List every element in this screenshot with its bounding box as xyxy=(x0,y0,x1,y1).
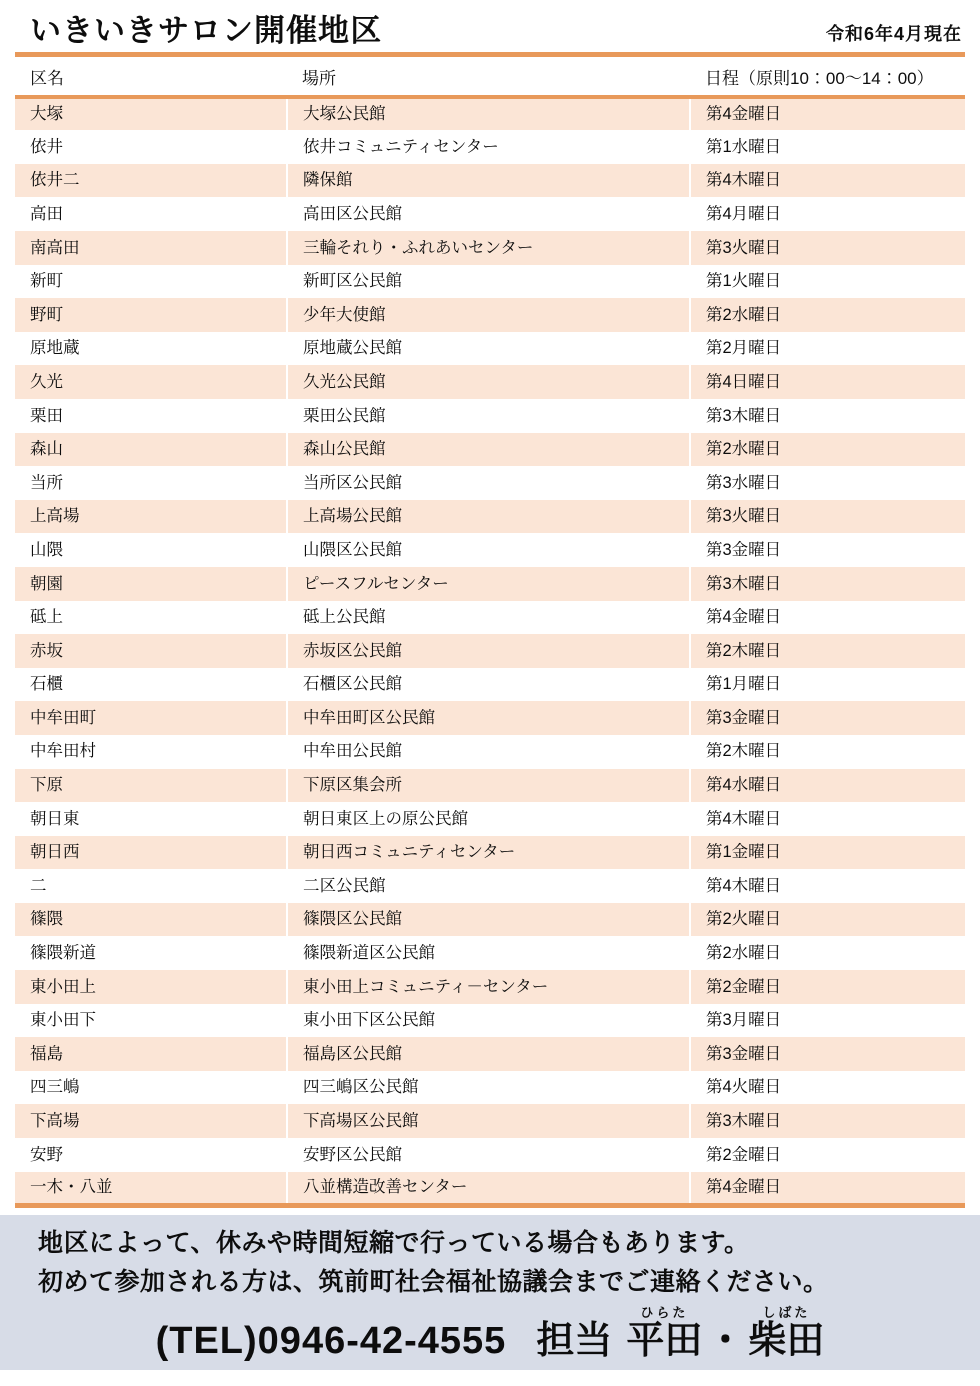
table-row: 上高場 上高場公民館 第3火曜日 xyxy=(15,500,965,534)
schedule-cell: 第1水曜日 xyxy=(690,130,965,164)
district-cell: 安野 xyxy=(15,1138,287,1172)
table-row: 四三嶋 四三嶋区公民館 第4火曜日 xyxy=(15,1071,965,1105)
header-row: 区名 場所 日程（原則10：00～14：00） xyxy=(15,57,965,97)
district-cell: 東小田下 xyxy=(15,1004,287,1038)
place-cell: 朝日西コミュニティセンター xyxy=(287,836,690,870)
district-cell: 朝日西 xyxy=(15,836,287,870)
place-cell: 朝日東区上の原公民館 xyxy=(287,802,690,836)
place-cell: 砥上公民館 xyxy=(287,601,690,635)
tel-number: (TEL)0946-42-4555 xyxy=(156,1322,507,1360)
notice-line-2: 初めて参加される方は、筑前町社会福祉協議会までご連絡ください。 xyxy=(0,1266,980,1300)
table-row: 二 二区公民館 第4木曜日 xyxy=(15,869,965,903)
schedule-cell: 第3金曜日 xyxy=(690,533,965,567)
schedule-cell: 第4木曜日 xyxy=(690,164,965,198)
district-cell: 高田 xyxy=(15,197,287,231)
place-cell: 福島区公民館 xyxy=(287,1037,690,1071)
district-cell: 篠隈 xyxy=(15,903,287,937)
district-cell: 上高場 xyxy=(15,500,287,534)
table-row: 大塚 大塚公民館 第4金曜日 xyxy=(15,97,965,131)
table-row: 南高田 三輪それり・ふれあいセンター 第3火曜日 xyxy=(15,231,965,265)
table-row: 安野 安野区公民館 第2金曜日 xyxy=(15,1138,965,1172)
district-cell: 新町 xyxy=(15,265,287,299)
table-row: 森山 森山公民館 第2水曜日 xyxy=(15,433,965,467)
contact-line: (TEL)0946-42-4555 担当 ひらた 平田 ・ しばた 柴田 xyxy=(0,1306,980,1360)
schedule-cell: 第1火曜日 xyxy=(690,265,965,299)
col-header-place: 場所 xyxy=(287,57,690,97)
table-row: 石櫃 石櫃区公民館 第1月曜日 xyxy=(15,668,965,702)
schedule-cell: 第4金曜日 xyxy=(690,97,965,131)
district-cell: 南高田 xyxy=(15,231,287,265)
place-cell: 赤坂区公民館 xyxy=(287,634,690,668)
place-cell: 中牟田公民館 xyxy=(287,735,690,769)
table-row: 依井 依井コミュニティセンター 第1水曜日 xyxy=(15,130,965,164)
table-row: 下原 下原区集会所 第4水曜日 xyxy=(15,769,965,803)
place-cell: 篠隈区公民館 xyxy=(287,903,690,937)
furigana-shibata: しばた xyxy=(762,1306,810,1319)
table-row: 中牟田町 中牟田町区公民館 第3金曜日 xyxy=(15,701,965,735)
district-cell: 森山 xyxy=(15,433,287,467)
place-cell: 四三嶋区公民館 xyxy=(287,1071,690,1105)
table-row: 中牟田村 中牟田公民館 第2木曜日 xyxy=(15,735,965,769)
place-cell: 石櫃区公民館 xyxy=(287,668,690,702)
schedule-cell: 第3水曜日 xyxy=(690,466,965,500)
schedule-cell: 第3木曜日 xyxy=(690,567,965,601)
place-cell: 少年大使館 xyxy=(287,298,690,332)
place-cell: 久光公民館 xyxy=(287,365,690,399)
col-header-schedule: 日程（原則10：00～14：00） xyxy=(690,57,965,97)
schedule-cell: 第1金曜日 xyxy=(690,836,965,870)
schedule-cell: 第4日曜日 xyxy=(690,365,965,399)
titlebar: いきいきサロン開催地区 令和6年4月現在 xyxy=(0,0,980,49)
place-cell: 八並構造改善センター xyxy=(287,1172,690,1206)
place-cell: 栗田公民館 xyxy=(287,399,690,433)
schedule-cell: 第3金曜日 xyxy=(690,701,965,735)
district-cell: 山隈 xyxy=(15,533,287,567)
schedule-cell: 第2水曜日 xyxy=(690,936,965,970)
schedule-cell: 第2火曜日 xyxy=(690,903,965,937)
salon-table-header: 区名 場所 日程（原則10：00～14：00） xyxy=(15,57,965,97)
schedule-cell: 第3火曜日 xyxy=(690,500,965,534)
page-title: いきいきサロン開催地区 xyxy=(30,13,382,49)
salon-table-body: 大塚 大塚公民館 第4金曜日 依井 依井コミュニティセンター 第1水曜日 依井二… xyxy=(15,97,965,1206)
place-cell: ピースフルセンター xyxy=(287,567,690,601)
district-cell: 篠隈新道 xyxy=(15,936,287,970)
table-row: 原地蔵 原地蔵公民館 第2月曜日 xyxy=(15,332,965,366)
district-cell: 栗田 xyxy=(15,399,287,433)
table-row: 山隈 山隈区公民館 第3金曜日 xyxy=(15,533,965,567)
date-note: 令和6年4月現在 xyxy=(826,20,962,49)
schedule-cell: 第4水曜日 xyxy=(690,769,965,803)
schedule-cell: 第2金曜日 xyxy=(690,1138,965,1172)
district-cell: 大塚 xyxy=(15,97,287,131)
schedule-cell: 第4火曜日 xyxy=(690,1071,965,1105)
table-row: 野町 少年大使館 第2水曜日 xyxy=(15,298,965,332)
district-cell: 下原 xyxy=(15,769,287,803)
table-row: 朝日東 朝日東区上の原公民館 第4木曜日 xyxy=(15,802,965,836)
table-row: 栗田 栗田公民館 第3木曜日 xyxy=(15,399,965,433)
table-row: 当所 当所区公民館 第3水曜日 xyxy=(15,466,965,500)
district-cell: 原地蔵 xyxy=(15,332,287,366)
table-row: 下高場 下高場区公民館 第3木曜日 xyxy=(15,1104,965,1138)
district-cell: 下高場 xyxy=(15,1104,287,1138)
table-row: 朝日西 朝日西コミュニティセンター 第1金曜日 xyxy=(15,836,965,870)
schedule-cell: 第3木曜日 xyxy=(690,399,965,433)
district-cell: 朝園 xyxy=(15,567,287,601)
schedule-cell: 第2木曜日 xyxy=(690,634,965,668)
district-cell: 福島 xyxy=(15,1037,287,1071)
schedule-cell: 第1月曜日 xyxy=(690,668,965,702)
place-cell: 依井コミュニティセンター xyxy=(287,130,690,164)
district-cell: 朝日東 xyxy=(15,802,287,836)
place-cell: 下高場区公民館 xyxy=(287,1104,690,1138)
schedule-cell: 第2水曜日 xyxy=(690,298,965,332)
schedule-cell: 第2水曜日 xyxy=(690,433,965,467)
schedule-cell: 第4木曜日 xyxy=(690,869,965,903)
place-cell: 東小田下区公民館 xyxy=(287,1004,690,1038)
table-row: 砥上 砥上公民館 第4金曜日 xyxy=(15,601,965,635)
district-cell: 野町 xyxy=(15,298,287,332)
district-cell: 一木・八並 xyxy=(15,1172,287,1206)
place-cell: 安野区公民館 xyxy=(287,1138,690,1172)
schedule-cell: 第3木曜日 xyxy=(690,1104,965,1138)
col-header-district: 区名 xyxy=(15,57,287,97)
place-cell: 下原区集会所 xyxy=(287,769,690,803)
place-cell: 中牟田町区公民館 xyxy=(287,701,690,735)
district-cell: 二 xyxy=(15,869,287,903)
place-cell: 東小田上コミュニティ－センター xyxy=(287,970,690,1004)
table-row: 東小田上 東小田上コミュニティ－センター 第2金曜日 xyxy=(15,970,965,1004)
table-row: 赤坂 赤坂区公民館 第2木曜日 xyxy=(15,634,965,668)
table-row: 依井二 隣保館 第4木曜日 xyxy=(15,164,965,198)
district-cell: 赤坂 xyxy=(15,634,287,668)
place-cell: 山隈区公民館 xyxy=(287,533,690,567)
notice-line-1: 地区によって、休みや時間短縮で行っている場合もあります。 xyxy=(0,1227,980,1261)
schedule-cell: 第2月曜日 xyxy=(690,332,965,366)
place-cell: 森山公民館 xyxy=(287,433,690,467)
district-cell: 東小田上 xyxy=(15,970,287,1004)
furigana-hirata: ひらた xyxy=(640,1306,688,1319)
schedule-cell: 第4金曜日 xyxy=(690,1172,965,1206)
district-cell: 依井 xyxy=(15,130,287,164)
table-row: 東小田下 東小田下区公民館 第3月曜日 xyxy=(15,1004,965,1038)
place-cell: 新町区公民館 xyxy=(287,265,690,299)
place-cell: 二区公民館 xyxy=(287,869,690,903)
salon-table: 区名 場所 日程（原則10：00～14：00） 大塚 大塚公民館 第4金曜日 依… xyxy=(15,57,965,1208)
district-cell: 依井二 xyxy=(15,164,287,198)
place-cell: 三輪それり・ふれあいセンター xyxy=(287,231,690,265)
schedule-cell: 第3金曜日 xyxy=(690,1037,965,1071)
footer-notice: 地区によって、休みや時間短縮で行っている場合もあります。 初めて参加される方は、… xyxy=(0,1215,980,1371)
place-cell: 上高場公民館 xyxy=(287,500,690,534)
table-row: 久光 久光公民館 第4日曜日 xyxy=(15,365,965,399)
table-row: 新町 新町区公民館 第1火曜日 xyxy=(15,265,965,299)
page: いきいきサロン開催地区 令和6年4月現在 区名 場所 日程（原則10：00～14… xyxy=(0,0,980,1386)
district-cell: 久光 xyxy=(15,365,287,399)
place-cell: 大塚公民館 xyxy=(287,97,690,131)
place-cell: 篠隈新道区公民館 xyxy=(287,936,690,970)
name-separator: ・ xyxy=(706,1322,744,1360)
schedule-cell: 第2木曜日 xyxy=(690,735,965,769)
contact-label: 担当 xyxy=(536,1322,612,1360)
district-cell: 石櫃 xyxy=(15,668,287,702)
schedule-cell: 第3火曜日 xyxy=(690,231,965,265)
table-row: 朝園 ピースフルセンター 第3木曜日 xyxy=(15,567,965,601)
table-row: 篠隈 篠隈区公民館 第2火曜日 xyxy=(15,903,965,937)
district-cell: 当所 xyxy=(15,466,287,500)
place-cell: 原地蔵公民館 xyxy=(287,332,690,366)
schedule-cell: 第4月曜日 xyxy=(690,197,965,231)
district-cell: 中牟田町 xyxy=(15,701,287,735)
place-cell: 高田区公民館 xyxy=(287,197,690,231)
contact-name-shibata: しばた 柴田 xyxy=(748,1306,824,1360)
table-row: 高田 高田区公民館 第4月曜日 xyxy=(15,197,965,231)
place-cell: 当所区公民館 xyxy=(287,466,690,500)
table-row: 福島 福島区公民館 第3金曜日 xyxy=(15,1037,965,1071)
contact-name-hirata: ひらた 平田 xyxy=(626,1306,702,1360)
schedule-cell: 第4木曜日 xyxy=(690,802,965,836)
district-cell: 中牟田村 xyxy=(15,735,287,769)
schedule-cell: 第2金曜日 xyxy=(690,970,965,1004)
place-cell: 隣保館 xyxy=(287,164,690,198)
schedule-cell: 第4金曜日 xyxy=(690,601,965,635)
district-cell: 砥上 xyxy=(15,601,287,635)
table-row: 篠隈新道 篠隈新道区公民館 第2水曜日 xyxy=(15,936,965,970)
district-cell: 四三嶋 xyxy=(15,1071,287,1105)
table-row: 一木・八並 八並構造改善センター 第4金曜日 xyxy=(15,1172,965,1206)
schedule-cell: 第3月曜日 xyxy=(690,1004,965,1038)
